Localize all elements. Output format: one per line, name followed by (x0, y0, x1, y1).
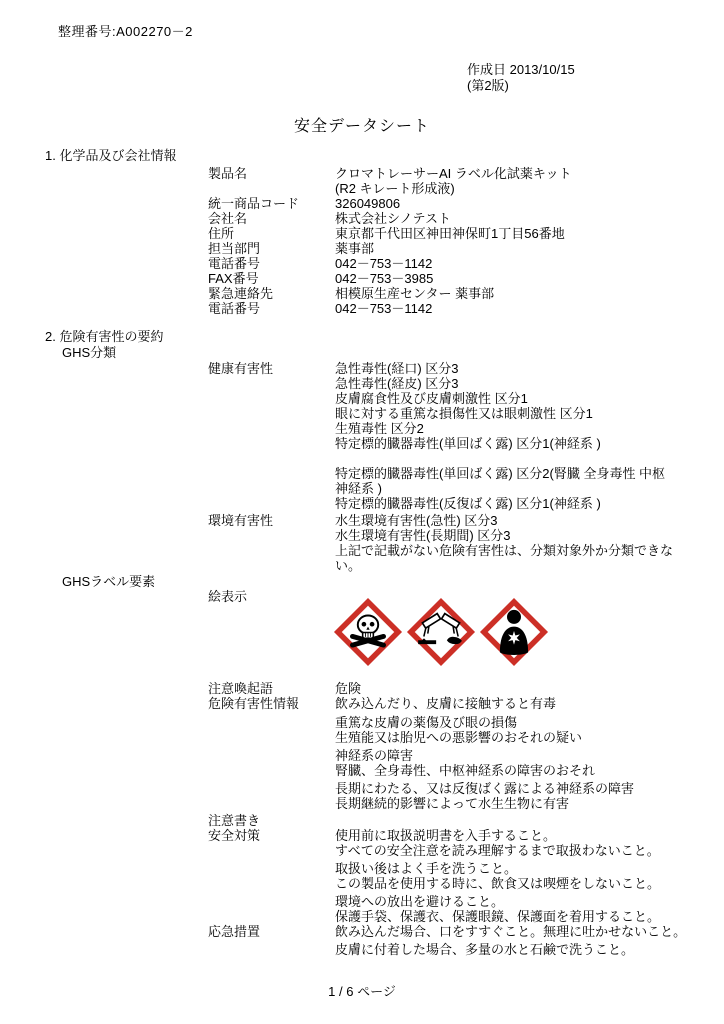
field-label-safety-measures: 安全対策 (208, 828, 335, 843)
value-line: 神経系の障害 (335, 748, 724, 763)
value-line: 重篤な皮膚の薬傷及び眼の損傷 (335, 715, 724, 730)
value-line: すべての安全注意を読み理解するまで取扱わないこと。 (335, 843, 724, 858)
section1-heading: 1. 化学品及び会社情報 (45, 148, 724, 163)
field-label-signal-word: 注意喚起語 (208, 681, 335, 696)
field-label-first-aid: 応急措置 (208, 924, 335, 939)
field-value: 株式会社シノテスト (335, 211, 724, 226)
field-value: 薬事部 (335, 241, 724, 256)
reference-number: 整理番号:A002270－2 (58, 24, 193, 39)
page-title: 安全データシート (0, 119, 724, 134)
ghs-label-elements-heading: GHSラベル要素 (62, 574, 724, 589)
value-line: 特定標的臓器毒性(単回ばく露) 区分2(腎臓 全身毒性 中枢 (335, 466, 724, 481)
value-line: 取扱い後はよく手を洗うこと。 (335, 861, 724, 876)
table-row: 製品名 クロマトレーサーAI ラベル化試薬キット (R2 キレート形成液) (0, 166, 724, 196)
value-line: 薬事部 (335, 241, 724, 256)
sds-document-page: 整理番号:A002270－2 作成日 2013/10/15 (第2版) 安全デー… (0, 0, 724, 1024)
value-line: 皮膚腐食性及び皮膚刺激性 区分1 (335, 391, 724, 406)
value-line: 使用前に取扱説明書を入手すること。 (335, 828, 724, 843)
signal-word-value: 危険 (335, 681, 724, 696)
value-line: 腎臓、全身毒性、中枢神経系の障害のおそれ (335, 763, 724, 778)
skull-crossbones-pictogram-icon (333, 597, 403, 667)
value-line: 042－753－3985 (335, 271, 724, 286)
value-line: 生殖能又は胎児への悪影響のおそれの疑い (335, 730, 724, 745)
field-value: クロマトレーサーAI ラベル化試薬キット (R2 キレート形成液) (335, 166, 724, 196)
field-value: 急性毒性(経口) 区分3 急性毒性(経皮) 区分3 皮膚腐食性及び皮膚刺激性 区… (335, 361, 724, 511)
value-line: 眼に対する重篤な損傷性又は眼刺激性 区分1 (335, 406, 724, 421)
value-line: 特定標的臓器毒性(単回ばく露) 区分1(神経系 ) (335, 436, 724, 451)
table-row: 電話番号 042－753－1142 (0, 301, 724, 316)
safety-measures-row: 安全対策 使用前に取扱説明書を入手すること。 すべての安全注意を読み理解するまで… (0, 828, 724, 924)
value-line: この製品を使用する時に、飲食又は喫煙をしないこと。 (335, 876, 724, 891)
value-line: 042－753－1142 (335, 301, 724, 316)
field-label-phone: 電話番号 (208, 256, 335, 271)
value-line: 飲み込んだ場合、口をすすぐこと。無理に吐かせないこと。 (335, 924, 724, 939)
value-line: 生殖毒性 区分2 (335, 421, 724, 436)
ghs-pictograms (333, 597, 549, 667)
table-row: 電話番号 042－753－1142 (0, 256, 724, 271)
section2-heading: 2. 危険有害性の要約 (45, 329, 724, 344)
field-value: 326049806 (335, 196, 724, 211)
value-line: (R2 キレート形成液) (335, 181, 724, 196)
field-value: 東京都千代田区神田神保町1丁目56番地 (335, 226, 724, 241)
corrosion-pictogram-icon (406, 597, 476, 667)
hazard-statements-row: 危険有害性情報 飲み込んだり、皮膚に接触すると有毒 重篤な皮膚の薬傷及び眼の損傷… (0, 696, 724, 811)
value-line: 長期にわたる、又は反復ばく露による神経系の障害 (335, 781, 724, 796)
table-row: 担当部門 薬事部 (0, 241, 724, 256)
value-line: 保護手袋、保護衣、保護眼鏡、保護面を着用すること。 (335, 909, 724, 924)
value-line: 水生環境有害性(急性) 区分3 (335, 513, 724, 528)
field-label-pictogram: 絵表示 (208, 589, 335, 604)
value-line: 急性毒性(経口) 区分3 (335, 361, 724, 376)
field-value: 042－753－3985 (335, 271, 724, 286)
table-row: 住所 東京都千代田区神田神保町1丁目56番地 (0, 226, 724, 241)
field-value: 飲み込んだ場合、口をすすぐこと。無理に吐かせないこと。 皮膚に付着した場合、多量… (335, 924, 724, 957)
field-value: 相模原生産センター 薬事部 (335, 286, 724, 301)
edition-label: (第2版) (467, 78, 575, 94)
field-label-product-code: 統一商品コード (208, 196, 335, 211)
value-line: 環境への放出を避けること。 (335, 894, 724, 909)
value-line: い。 (335, 558, 724, 573)
value-line: 東京都千代田区神田神保町1丁目56番地 (335, 226, 724, 241)
value-line: 特定標的臓器毒性(反復ばく露) 区分1(神経系 ) (335, 496, 724, 511)
health-hazard-pictogram-icon (479, 597, 549, 667)
first-aid-row: 応急措置 飲み込んだ場合、口をすすぐこと。無理に吐かせないこと。 皮膚に付着した… (0, 924, 724, 957)
field-label-health-hazard: 健康有害性 (208, 361, 335, 376)
creation-date-block: 作成日 2013/10/15 (第2版) (467, 62, 575, 94)
ghs-classification-heading: GHS分類 (62, 345, 724, 360)
value-line: 長期継続的影響によって水生生物に有害 (335, 796, 724, 811)
table-row: 会社名 株式会社シノテスト (0, 211, 724, 226)
field-label-product-name: 製品名 (208, 166, 335, 181)
table-row: 緊急連絡先 相模原生産センター 薬事部 (0, 286, 724, 301)
health-hazard-row: 健康有害性 急性毒性(経口) 区分3 急性毒性(経皮) 区分3 皮膚腐食性及び皮… (0, 361, 724, 511)
value-line: 皮膚に付着した場合、多量の水と石鹸で洗うこと。 (335, 942, 724, 957)
value-line: 飲み込んだり、皮膚に接触すると有毒 (335, 696, 724, 711)
field-label-emergency-contact: 緊急連絡先 (208, 286, 335, 301)
field-value: 飲み込んだり、皮膚に接触すると有毒 重篤な皮膚の薬傷及び眼の損傷 生殖能又は胎児… (335, 696, 724, 811)
table-row: 統一商品コード 326049806 (0, 196, 724, 211)
value-line: クロマトレーサーAI ラベル化試薬キット (335, 166, 724, 181)
precautionary-heading-row: 注意書き (0, 813, 724, 828)
field-label-environment-hazard: 環境有害性 (208, 513, 335, 528)
value-line: 上記で記載がない危険有害性は、分類対象外か分類できな (335, 543, 724, 558)
field-label-fax: FAX番号 (208, 271, 335, 286)
value-line: 急性毒性(経皮) 区分3 (335, 376, 724, 391)
field-value: 042－753－1142 (335, 301, 724, 316)
field-value: 042－753－1142 (335, 256, 724, 271)
field-label-precautionary: 注意書き (208, 813, 335, 828)
value-line: 株式会社シノテスト (335, 211, 724, 226)
document-body: 1. 化学品及び会社情報 製品名 クロマトレーサーAI ラベル化試薬キット (R… (0, 148, 724, 957)
signal-word-row: 注意喚起語 危険 (0, 681, 724, 696)
section1-rows: 製品名 クロマトレーサーAI ラベル化試薬キット (R2 キレート形成液) 統一… (0, 166, 724, 316)
creation-date: 作成日 2013/10/15 (467, 62, 575, 78)
field-value: 危険 (335, 681, 724, 696)
field-label-hazard-statements: 危険有害性情報 (208, 696, 335, 711)
field-label-address: 住所 (208, 226, 335, 241)
field-value: 水生環境有害性(急性) 区分3 水生環境有害性(長期間) 区分3 上記で記載がな… (335, 513, 724, 573)
value-line: 相模原生産センター 薬事部 (335, 286, 724, 301)
value-line: 042－753－1142 (335, 256, 724, 271)
value-line: 水生環境有害性(長期間) 区分3 (335, 528, 724, 543)
page-number: 1 / 6 ページ (0, 984, 724, 999)
field-value: 使用前に取扱説明書を入手すること。 すべての安全注意を読み理解するまで取扱わない… (335, 828, 724, 924)
table-row: FAX番号 042－753－3985 (0, 271, 724, 286)
field-label-emergency-phone: 電話番号 (208, 301, 335, 316)
field-label-department: 担当部門 (208, 241, 335, 256)
environment-hazard-row: 環境有害性 水生環境有害性(急性) 区分3 水生環境有害性(長期間) 区分3 上… (0, 513, 724, 573)
value-line: 神経系 ) (335, 481, 724, 496)
value-line: 326049806 (335, 196, 724, 211)
field-label-company-name: 会社名 (208, 211, 335, 226)
